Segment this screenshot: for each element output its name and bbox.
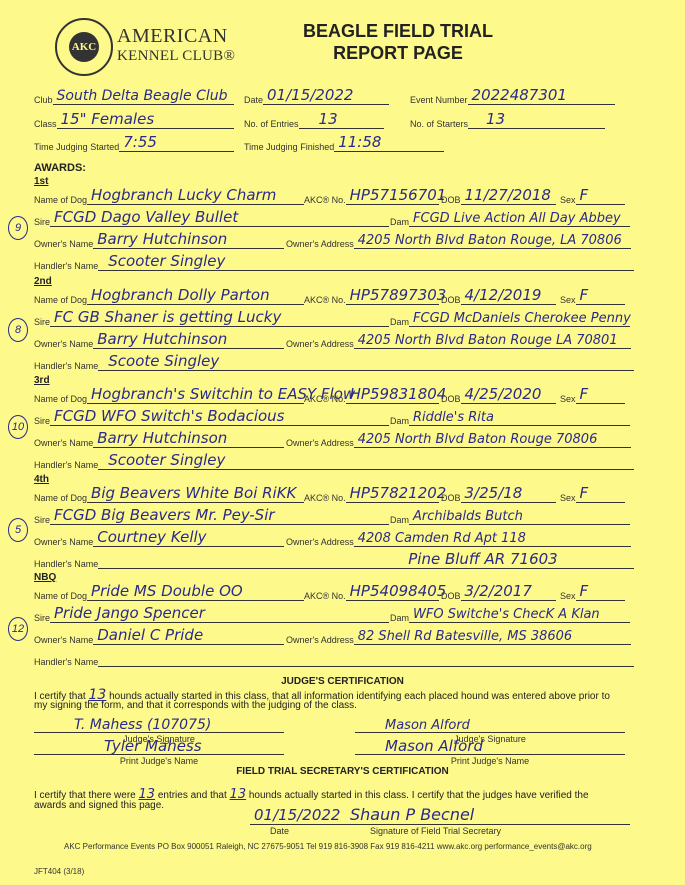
- dob: 11/27/2018: [465, 188, 551, 203]
- footer-contact: AKC Performance Events PO Box 900051 Ral…: [64, 842, 592, 851]
- dam: WFO Switche's ChecK A Klan: [413, 608, 600, 621]
- entry-number-circle: 9: [8, 216, 28, 240]
- secretary-cert-heading: FIELD TRIAL SECRETARY'S CERTIFICATION: [0, 766, 685, 777]
- dog-name: Hogbranch Lucky Charm: [91, 188, 276, 203]
- sex: F: [580, 188, 589, 203]
- dob: 4/25/2020: [465, 387, 542, 402]
- title-line2: REPORT PAGE: [268, 42, 528, 64]
- brand-line1: AMERICAN: [117, 25, 235, 48]
- owner-name: Barry Hutchinson: [97, 332, 227, 347]
- owner-address-line2: Pine Bluff AR 71603: [408, 552, 557, 567]
- event-number-field[interactable]: Event Number 2022487301: [410, 88, 615, 105]
- owner-name: Daniel C Pride: [97, 628, 203, 643]
- sire-field[interactable]: Sire FCGD Big Beavers Mr. Pey-Sir: [34, 508, 389, 525]
- owner-address: 4205 North Blvd Baton Rouge, LA 70806: [358, 234, 622, 247]
- sex: F: [580, 387, 589, 402]
- sex-field[interactable]: Sex F: [560, 288, 625, 305]
- sex-field[interactable]: Sex F: [560, 188, 625, 205]
- akc-no: HP54098405: [350, 584, 447, 599]
- time-finished-field[interactable]: Time Judging Finished 11:58: [244, 135, 444, 152]
- judge1-signature: T. Mahess (107075): [74, 718, 211, 732]
- starters-value: 13: [486, 112, 505, 127]
- dam-field[interactable]: Dam FCGD Live Action All Day Abbey: [390, 210, 630, 227]
- handler-name-field[interactable]: Handler's Name Scoote Singley: [34, 354, 634, 371]
- entry-number-circle: 5: [8, 518, 28, 542]
- secretary-signature-label: Signature of Field Trial Secretary: [370, 826, 501, 836]
- sire: FCGD Big Beavers Mr. Pey-Sir: [54, 508, 275, 523]
- form-id: JFT404 (3/18): [34, 867, 84, 876]
- judge1-print-label: Print Judge's Name: [34, 756, 284, 766]
- time-finished-value: 11:58: [338, 135, 381, 150]
- award-place: NBQ: [34, 572, 56, 583]
- secretary-date: 01/15/2022: [254, 808, 340, 823]
- entry-number-circle: 10: [8, 415, 28, 439]
- secretary-signature-line[interactable]: 01/15/2022 Shaun P Becnel: [250, 808, 630, 825]
- owner-address: 82 Shell Rd Batesville, MS 38606: [358, 630, 572, 643]
- judge2-name-line[interactable]: Mason Alford: [355, 740, 625, 755]
- sex-field[interactable]: Sex F: [560, 584, 625, 601]
- entry-number-circle: 8: [8, 318, 28, 342]
- sire-field[interactable]: Sire Pride Jango Spencer: [34, 606, 389, 623]
- dob-field[interactable]: DOB 3/2/2017: [441, 584, 556, 601]
- owner-name: Barry Hutchinson: [97, 232, 227, 247]
- judge1-name: Tyler Mahess: [104, 739, 202, 754]
- akc-no-field[interactable]: AKC® No. HP57821202: [304, 486, 439, 503]
- owner-name-field[interactable]: Owner's Name Barry Hutchinson: [34, 232, 284, 249]
- sex: F: [580, 584, 589, 599]
- award-place: 1st: [34, 176, 48, 187]
- dog-name-field[interactable]: Name of Dog Hogbranch's Switchin to EASY…: [34, 387, 304, 404]
- owner-name: Barry Hutchinson: [97, 431, 227, 446]
- secretary-cert-text-line2: awards and signed this page.: [34, 800, 164, 811]
- owner-address-field[interactable]: Owner's Address 4205 North Blvd Baton Ro…: [286, 332, 631, 349]
- akc-no: HP59831804: [350, 387, 447, 402]
- judge2-print-label: Print Judge's Name: [355, 756, 625, 766]
- club-value: South Delta Beagle Club: [57, 89, 228, 103]
- dob: 3/25/18: [465, 486, 523, 501]
- owner-name-field[interactable]: Owner's Name Barry Hutchinson: [34, 332, 284, 349]
- title-line1: BEAGLE FIELD TRIAL: [268, 20, 528, 42]
- handler-name: Scooter Singley: [108, 254, 225, 269]
- akc-no: HP57821202: [350, 486, 447, 501]
- owner-address: 4208 Camden Rd Apt 118: [358, 532, 526, 545]
- dob-field[interactable]: DOB 4/25/2020: [441, 387, 556, 404]
- dog-name-field[interactable]: Name of Dog Hogbranch Lucky Charm: [34, 188, 304, 205]
- dam: Riddle's Rita: [413, 411, 494, 424]
- handler-name-field[interactable]: Handler's Name Pine Bluff AR 71603: [34, 552, 634, 569]
- sex: F: [580, 486, 589, 501]
- dob: 4/12/2019: [465, 288, 542, 303]
- award-place: 2nd: [34, 276, 52, 287]
- judge2-name: Mason Alford: [385, 739, 483, 754]
- handler-name: Scoote Singley: [108, 354, 219, 369]
- owner-name-field[interactable]: Owner's Name Courtney Kelly: [34, 530, 284, 547]
- dog-name-field[interactable]: Name of Dog Pride MS Double OO: [34, 584, 304, 601]
- time-started-value: 7:55: [123, 135, 157, 150]
- handler-name: Scooter Singley: [108, 453, 225, 468]
- award-place: 3rd: [34, 375, 50, 386]
- dam-field[interactable]: Dam FCGD McDaniels Cherokee Penny: [390, 310, 630, 327]
- dam-field[interactable]: Dam Riddle's Rita: [390, 409, 630, 426]
- secretary-signature: Shaun P Becnel: [350, 807, 474, 823]
- class-field[interactable]: Class 15" Females: [34, 112, 234, 129]
- entries-value: 13: [319, 112, 338, 127]
- secretary-started: 13: [230, 787, 247, 802]
- akc-logo-text: AKC: [69, 32, 99, 62]
- akc-no-field[interactable]: AKC® No. HP59831804: [304, 387, 439, 404]
- dam: FCGD McDaniels Cherokee Penny: [413, 312, 631, 325]
- sire: Pride Jango Spencer: [54, 606, 205, 621]
- akc-no-field[interactable]: AKC® No. HP57156701: [304, 188, 439, 205]
- owner-name: Courtney Kelly: [97, 530, 206, 545]
- dob: 3/2/2017: [465, 584, 532, 599]
- owner-address-field[interactable]: Owner's Address 4205 North Blvd Baton Ro…: [286, 431, 631, 448]
- date-field[interactable]: Date 01/15/2022: [244, 88, 389, 105]
- dob-field[interactable]: DOB 4/12/2019: [441, 288, 556, 305]
- brand-line2: KENNEL CLUB®: [117, 48, 235, 65]
- awards-heading: AWARDS:: [34, 162, 86, 174]
- sex: F: [580, 288, 589, 303]
- akc-no: HP57897303: [350, 288, 447, 303]
- judges-cert-heading: JUDGE'S CERTIFICATION: [0, 676, 685, 687]
- owner-address: 4205 North Blvd Baton Rouge LA 70801: [358, 334, 618, 347]
- time-started-field[interactable]: Time Judging Started 7:55: [34, 135, 234, 152]
- owner-address-field[interactable]: Owner's Address 4205 North Blvd Baton Ro…: [286, 232, 631, 249]
- sire-field[interactable]: Sire FC GB Shaner is getting Lucky: [34, 310, 389, 327]
- dam-field[interactable]: Dam WFO Switche's ChecK A Klan: [390, 606, 630, 623]
- judge1-name-line[interactable]: Tyler Mahess: [34, 740, 284, 755]
- club-field[interactable]: Club South Delta Beagle Club: [34, 88, 234, 105]
- class-value: 15" Females: [61, 112, 155, 127]
- award-place: 4th: [34, 474, 49, 485]
- dob-field[interactable]: DOB 11/27/2018: [441, 188, 556, 205]
- akc-logo: AKC: [55, 18, 113, 76]
- sire: FC GB Shaner is getting Lucky: [54, 310, 281, 325]
- judge1-signature-line[interactable]: T. Mahess (107075): [34, 716, 284, 733]
- akc-no: HP57156701: [350, 188, 447, 203]
- dog-name-field[interactable]: Name of Dog Hogbranch Dolly Parton: [34, 288, 304, 305]
- sex-field[interactable]: Sex F: [560, 486, 625, 503]
- date-value: 01/15/2022: [267, 88, 353, 103]
- sire-field[interactable]: Sire FCGD Dago Valley Bullet: [34, 210, 389, 227]
- dog-name: Pride MS Double OO: [91, 584, 243, 599]
- secretary-date-label: Date: [270, 826, 289, 836]
- dog-name-field[interactable]: Name of Dog Big Beavers White Boi RiKK: [34, 486, 304, 503]
- page-title: BEAGLE FIELD TRIAL REPORT PAGE: [268, 20, 528, 64]
- akc-no-field[interactable]: AKC® No. HP57897303: [304, 288, 439, 305]
- judges-cert-text-line2: my signing the form, and that it corresp…: [34, 700, 357, 711]
- starters-field[interactable]: No. of Starters 13: [410, 112, 605, 129]
- entries-field[interactable]: No. of Entries 13: [244, 112, 384, 129]
- handler-name-field[interactable]: Handler's Name: [34, 650, 634, 667]
- brand-name: AMERICAN KENNEL CLUB®: [117, 25, 235, 65]
- sire: FCGD WFO Switch's Bodacious: [54, 409, 284, 424]
- dob-field[interactable]: DOB 3/25/18: [441, 486, 556, 503]
- sire-field[interactable]: Sire FCGD WFO Switch's Bodacious: [34, 409, 389, 426]
- dam-field[interactable]: Dam Archibalds Butch: [390, 508, 630, 525]
- sire: FCGD Dago Valley Bullet: [54, 210, 238, 225]
- handler-name-field[interactable]: Handler's Name Scooter Singley: [34, 453, 634, 470]
- dog-name: Big Beavers White Boi RiKK: [91, 486, 296, 501]
- sex-field[interactable]: Sex F: [560, 387, 625, 404]
- handler-name-field[interactable]: Handler's Name Scooter Singley: [34, 254, 634, 271]
- dog-name: Hogbranch Dolly Parton: [91, 288, 270, 303]
- owner-name-field[interactable]: Owner's Name Barry Hutchinson: [34, 431, 284, 448]
- owner-address-field[interactable]: Owner's Address 82 Shell Rd Batesville, …: [286, 628, 631, 645]
- entry-number-circle: 12: [8, 617, 28, 641]
- judge2-signature-line[interactable]: Mason Alford: [355, 716, 625, 733]
- event-number-value: 2022487301: [472, 88, 567, 103]
- owner-address-field[interactable]: Owner's Address 4208 Camden Rd Apt 118: [286, 530, 631, 547]
- owner-name-field[interactable]: Owner's Name Daniel C Pride: [34, 628, 284, 645]
- dam: FCGD Live Action All Day Abbey: [413, 212, 621, 225]
- owner-address: 4205 North Blvd Baton Rouge 70806: [358, 433, 598, 446]
- dam: Archibalds Butch: [413, 510, 523, 523]
- akc-no-field[interactable]: AKC® No. HP54098405: [304, 584, 439, 601]
- judge2-signature: Mason Alford: [385, 719, 470, 732]
